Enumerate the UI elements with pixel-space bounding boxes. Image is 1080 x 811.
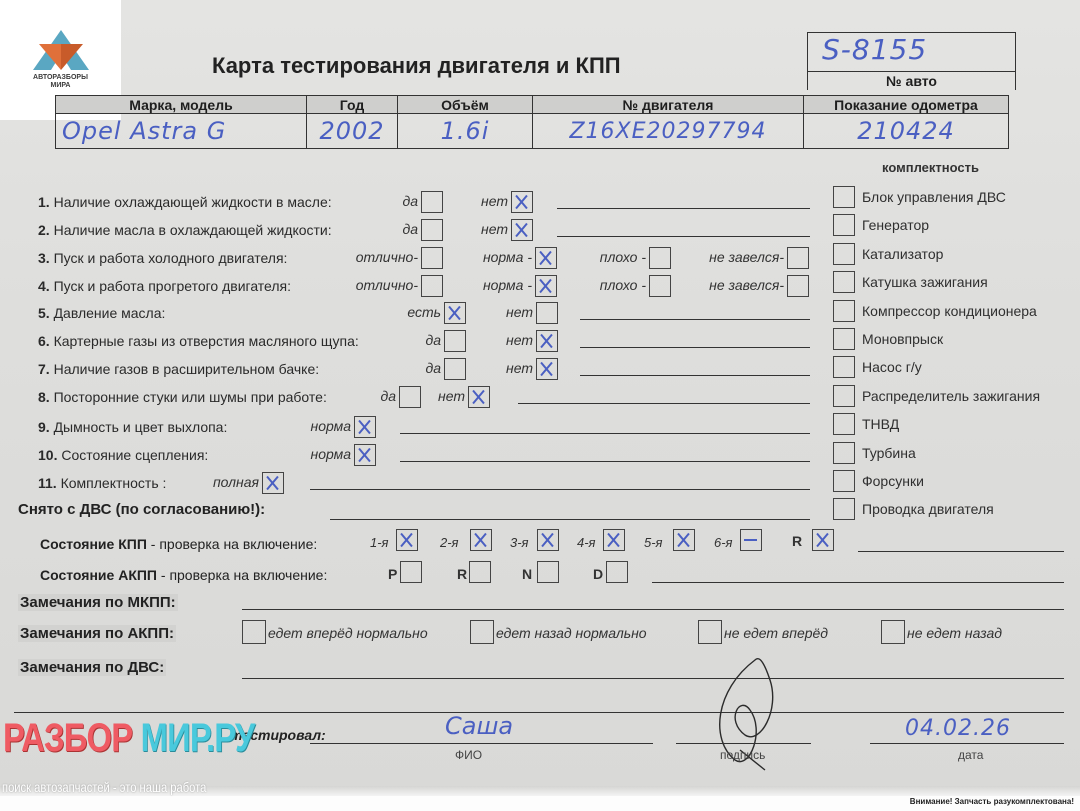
check-6-option-checkbox[interactable] xyxy=(444,330,466,352)
completeness-item-label: Блок управления ДВС xyxy=(862,189,1006,205)
check-7-option-label: нет xyxy=(506,360,533,376)
completeness-item[interactable]: Моновпрыск xyxy=(833,328,943,350)
check-8-notes-line[interactable] xyxy=(518,403,810,404)
check-11-option-checkbox[interactable] xyxy=(262,472,284,494)
kpp-gear-label: 4-я xyxy=(577,535,596,550)
make-model-value: Opel Astra G xyxy=(56,114,307,149)
completeness-item[interactable]: Катушка зажигания xyxy=(833,271,988,293)
check-8-option-label: нет xyxy=(438,388,465,404)
check-row-label-3: 3. Пуск и работа холодного двигателя: xyxy=(38,250,287,266)
check-4-option-checkbox[interactable] xyxy=(787,275,809,297)
completeness-item-label: Турбина xyxy=(862,445,916,461)
check-4-option-label: норма - xyxy=(483,277,532,293)
check-5-option-checkbox[interactable] xyxy=(444,302,466,324)
check-row-label-1: 1. Наличие охлаждающей жидкости в масле: xyxy=(38,194,332,210)
logo-text-line2: МИРА xyxy=(0,82,121,90)
check-7-option-checkbox[interactable] xyxy=(444,358,466,380)
check-8-option-checkbox[interactable] xyxy=(468,386,490,408)
check-row-label-10: 10. Состояние сцепления: xyxy=(38,447,208,463)
logo-text-line1: АВТОРАЗБОРЫ xyxy=(0,74,121,82)
check-row-label-8: 8. Посторонние стуки или шумы при работе… xyxy=(38,389,327,405)
completeness-item[interactable]: Форсунки xyxy=(833,470,924,492)
akpp-remark-checkbox[interactable] xyxy=(242,620,266,644)
check-6-option-checkbox[interactable] xyxy=(536,330,558,352)
check-7-notes-line[interactable] xyxy=(580,375,810,376)
completeness-checkbox[interactable] xyxy=(833,470,855,492)
kpp-gear-label: R xyxy=(792,533,802,549)
watermark-tagline: поиск автозапчастей - это наша работа xyxy=(2,779,206,795)
check-7-option-label: да xyxy=(425,360,441,376)
check-6-option-label: нет xyxy=(506,332,533,348)
kpp-gear-label: 3-я xyxy=(510,535,529,550)
check-2-option-label: нет xyxy=(481,221,508,237)
check-3-option-label: не завелся- xyxy=(709,249,784,265)
akpp-position-checkbox[interactable] xyxy=(400,561,422,583)
check-4-option-label: отлично- xyxy=(356,277,418,293)
auto-number-value: S-8155 xyxy=(808,33,1015,72)
completeness-checkbox[interactable] xyxy=(833,300,855,322)
completeness-item[interactable]: Катализатор xyxy=(833,243,943,265)
completeness-item-label: Форсунки xyxy=(862,473,924,489)
removed-from-engine-label: Снято с ДВС (по согласованию!): xyxy=(18,501,265,518)
check-2-option-checkbox[interactable] xyxy=(511,219,533,241)
col-header-year: Год xyxy=(307,96,398,114)
volume-value: 1.6i xyxy=(398,114,533,149)
completeness-item-label: Насос г/у xyxy=(862,359,922,375)
akpp-remark-label: не едет назад xyxy=(907,625,1002,641)
akpp-position-checkbox[interactable] xyxy=(606,561,628,583)
remarks-mkpp-line[interactable] xyxy=(242,609,1064,610)
check-row-label-7: 7. Наличие газов в расширительном бачке: xyxy=(38,361,319,377)
akpp-remark-label: едет вперёд нормально xyxy=(268,625,428,641)
completeness-title: комплектность xyxy=(882,160,979,175)
tester-name-value: Саша xyxy=(445,712,513,740)
completeness-item-label: Компрессор кондиционера xyxy=(862,303,1037,319)
completeness-item[interactable]: Распределитель зажигания xyxy=(833,385,1040,407)
tester-name-line[interactable] xyxy=(310,743,653,744)
check-5-option-label: есть xyxy=(407,304,441,320)
completeness-item-label: Моновпрыск xyxy=(862,331,943,347)
akpp-state-label: Состояние АКПП - проверка на включение: xyxy=(40,567,327,583)
year-value: 2002 xyxy=(307,114,398,149)
check-7-option-checkbox[interactable] xyxy=(536,358,558,380)
completeness-checkbox[interactable] xyxy=(833,328,855,350)
completeness-checkbox[interactable] xyxy=(833,385,855,407)
check-1-option-checkbox[interactable] xyxy=(511,191,533,213)
check-4-option-checkbox[interactable] xyxy=(535,275,557,297)
auto-number-label: № авто xyxy=(808,72,1015,90)
akpp-position-checkbox[interactable] xyxy=(537,561,559,583)
kpp-gear-checkbox[interactable] xyxy=(537,529,559,551)
kpp-gear-checkbox[interactable] xyxy=(470,529,492,551)
completeness-checkbox[interactable] xyxy=(833,442,855,464)
check-3-option-label: норма - xyxy=(483,249,532,265)
warning-note: Внимание! Запчасть разукомплектована! xyxy=(910,797,1074,806)
remarks-mkpp-label: Замечания по МКПП: xyxy=(18,594,178,611)
akpp-remark-label: едет назад нормально xyxy=(496,625,647,641)
completeness-checkbox[interactable] xyxy=(833,356,855,378)
remarks-akpp-label: Замечания по АКПП: xyxy=(18,625,176,642)
auto-number-box: S-8155 № авто xyxy=(807,32,1016,90)
remarks-divider xyxy=(14,712,1064,713)
akpp-notes-line[interactable] xyxy=(652,582,1064,583)
engine-number-value: Z16XE20297794 xyxy=(533,114,804,149)
kpp-gear-checkbox[interactable] xyxy=(740,529,762,551)
remarks-dvs-label: Замечания по ДВС: xyxy=(18,659,166,676)
completeness-checkbox[interactable] xyxy=(833,186,855,208)
kpp-gear-label: 2-я xyxy=(440,535,459,550)
check-9-notes-line[interactable] xyxy=(400,433,810,434)
kpp-gear-checkbox[interactable] xyxy=(812,529,834,551)
kpp-gear-checkbox[interactable] xyxy=(396,529,418,551)
check-1-option-checkbox[interactable] xyxy=(421,191,443,213)
check-1-option-label: да xyxy=(402,193,418,209)
completeness-item[interactable]: Турбина xyxy=(833,442,916,464)
akpp-remark-checkbox[interactable] xyxy=(881,620,905,644)
check-6-option-label: да xyxy=(425,332,441,348)
date-line[interactable] xyxy=(870,743,1064,744)
check-11-notes-line[interactable] xyxy=(310,489,810,490)
completeness-checkbox[interactable] xyxy=(833,214,855,236)
signature-caption: подпись xyxy=(720,748,765,762)
akpp-position-label: R xyxy=(457,566,467,582)
check-8-option-label: да xyxy=(380,388,396,404)
check-3-option-label: плохо - xyxy=(600,249,646,265)
completeness-item-label: Распределитель зажигания xyxy=(862,388,1040,404)
kpp-gear-label: 1-я xyxy=(370,535,389,550)
check-1-option-label: нет xyxy=(481,193,508,209)
completeness-item[interactable]: Проводка двигателя xyxy=(833,498,994,520)
watermark-logo: РАЗБОР МИР.РУ xyxy=(3,716,254,761)
check-3-option-checkbox[interactable] xyxy=(649,247,671,269)
kpp-gear-checkbox[interactable] xyxy=(673,529,695,551)
removed-from-engine-line[interactable] xyxy=(330,519,810,520)
col-header-volume: Объём xyxy=(398,96,533,114)
page-title: Карта тестирования двигателя и КПП xyxy=(212,53,621,79)
kpp-gear-label: 5-я xyxy=(644,535,663,550)
odometer-value: 210424 xyxy=(804,114,1009,149)
akpp-position-checkbox[interactable] xyxy=(469,561,491,583)
check-row-label-11: 11. Комплектность : xyxy=(38,475,166,491)
akpp-remark-checkbox[interactable] xyxy=(698,620,722,644)
completeness-item[interactable]: Генератор xyxy=(833,214,929,236)
completeness-item-label: ТНВД xyxy=(862,416,899,432)
check-row-label-4: 4. Пуск и работа прогретого двигателя: xyxy=(38,278,291,294)
completeness-item[interactable]: Насос г/у xyxy=(833,356,922,378)
check-4-option-label: не завелся- xyxy=(709,277,784,293)
completeness-item-label: Катушка зажигания xyxy=(862,274,988,290)
check-2-option-label: да xyxy=(402,221,418,237)
check-9-option-checkbox[interactable] xyxy=(354,416,376,438)
completeness-item-label: Катализатор xyxy=(862,246,943,262)
akpp-remark-checkbox[interactable] xyxy=(470,620,494,644)
completeness-item[interactable]: ТНВД xyxy=(833,413,899,435)
check-10-notes-line[interactable] xyxy=(400,461,810,462)
col-header-engine-number: № двигателя xyxy=(533,96,804,114)
check-3-option-checkbox[interactable] xyxy=(421,247,443,269)
check-6-notes-line[interactable] xyxy=(580,347,810,348)
vehicle-info-table: Марка, модель Год Объём № двигателя Пока… xyxy=(55,95,1009,149)
check-3-option-label: отлично- xyxy=(356,249,418,265)
check-3-option-checkbox[interactable] xyxy=(535,247,557,269)
completeness-checkbox[interactable] xyxy=(833,413,855,435)
kpp-gear-checkbox[interactable] xyxy=(603,529,625,551)
check-row-label-5: 5. Давление масла: xyxy=(38,305,165,321)
check-2-option-checkbox[interactable] xyxy=(421,219,443,241)
kpp-gear-label: 6-я xyxy=(714,535,733,550)
akpp-position-label: P xyxy=(388,566,397,582)
check-5-option-label: нет xyxy=(506,304,533,320)
signature-line[interactable] xyxy=(676,743,811,744)
check-row-label-2: 2. Наличие масла в охлаждающей жидкости: xyxy=(38,222,332,238)
check-1-notes-line[interactable] xyxy=(557,208,810,209)
completeness-checkbox[interactable] xyxy=(833,271,855,293)
check-9-option-label: норма xyxy=(310,418,351,434)
remarks-dvs-line[interactable] xyxy=(242,678,1064,679)
tester-name-caption: ФИО xyxy=(455,748,482,762)
check-5-option-checkbox[interactable] xyxy=(536,302,558,324)
check-3-option-checkbox[interactable] xyxy=(787,247,809,269)
check-4-option-label: плохо - xyxy=(600,277,646,293)
check-10-option-label: норма xyxy=(310,446,351,462)
check-row-label-9: 9. Дымность и цвет выхлопа: xyxy=(38,419,227,435)
check-4-option-checkbox[interactable] xyxy=(421,275,443,297)
check-4-option-checkbox[interactable] xyxy=(649,275,671,297)
date-value: 04.02.26 xyxy=(905,716,1011,741)
check-2-notes-line[interactable] xyxy=(557,236,810,237)
check-8-option-checkbox[interactable] xyxy=(399,386,421,408)
completeness-item[interactable]: Компрессор кондиционера xyxy=(833,300,1037,322)
kpp-state-label: Состояние КПП - проверка на включение: xyxy=(40,536,317,552)
completeness-item-label: Генератор xyxy=(862,217,929,233)
akpp-position-label: N xyxy=(522,566,532,582)
logo-mark-icon xyxy=(31,30,91,72)
completeness-item-label: Проводка двигателя xyxy=(862,501,994,517)
completeness-checkbox[interactable] xyxy=(833,243,855,265)
akpp-position-label: D xyxy=(593,566,603,582)
completeness-checkbox[interactable] xyxy=(833,498,855,520)
kpp-notes-line[interactable] xyxy=(858,551,1064,552)
completeness-item[interactable]: Блок управления ДВС xyxy=(833,186,1006,208)
date-caption: дата xyxy=(958,748,983,762)
check-row-label-6: 6. Картерные газы из отверстия масляного… xyxy=(38,333,359,349)
check-11-option-label: полная xyxy=(213,474,259,490)
check-10-option-checkbox[interactable] xyxy=(354,444,376,466)
akpp-remark-label: не едет вперёд xyxy=(724,625,828,641)
col-header-odometer: Показание одометра xyxy=(804,96,1009,114)
check-5-notes-line[interactable] xyxy=(580,319,810,320)
col-header-make-model: Марка, модель xyxy=(56,96,307,114)
